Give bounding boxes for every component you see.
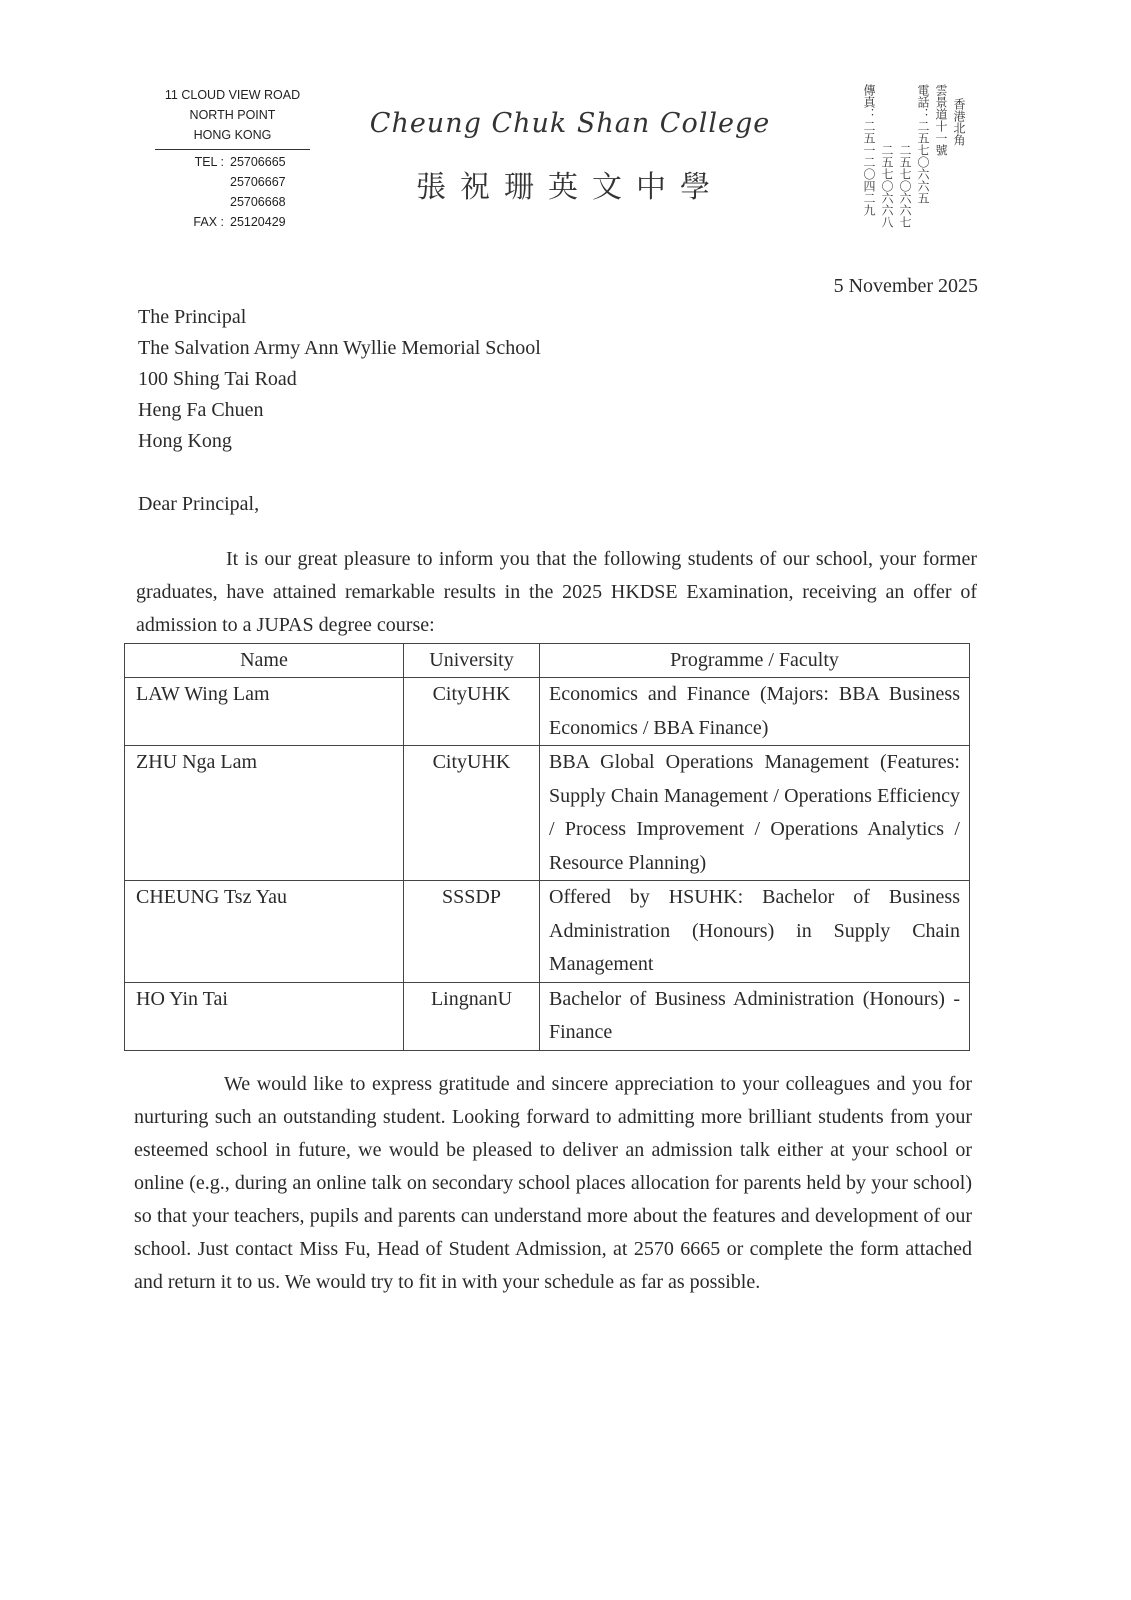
recipient-block: The Principal The Salvation Army Ann Wyl… xyxy=(138,302,541,457)
programme: BBA Global Operations Management (Featur… xyxy=(540,746,970,881)
tel-number: 25706665 xyxy=(230,152,286,172)
programme: Bachelor of Business Administration (Hon… xyxy=(540,982,970,1050)
salutation: Dear Principal, xyxy=(138,493,259,516)
address-divider xyxy=(155,149,310,150)
tel-number: 25706667 xyxy=(230,172,286,192)
zh-phone-col: 電話：二五七〇六六五 xyxy=(916,84,929,228)
school-name-chinese: 張祝珊英文中學 xyxy=(360,162,780,206)
zh-address-col: 香港北角 xyxy=(952,98,965,228)
letter-date: 5 November 2025 xyxy=(834,275,978,298)
tel-number: 25706668 xyxy=(230,192,286,212)
address-line: NORTH POINT xyxy=(155,105,310,125)
table-row: ZHU Nga Lam CityUHK BBA Global Operation… xyxy=(125,746,970,881)
recipient-line: Heng Fa Chuen xyxy=(138,395,541,426)
recipient-line: Hong Kong xyxy=(138,426,541,457)
recipient-line: The Salvation Army Ann Wyllie Memorial S… xyxy=(138,333,541,364)
table-row: HO Yin Tai LingnanU Bachelor of Business… xyxy=(125,982,970,1050)
university: SSSDP xyxy=(404,881,540,983)
fax-number: 25120429 xyxy=(230,212,286,232)
address-line: 11 CLOUD VIEW ROAD xyxy=(155,85,310,105)
recipient-line: 100 Shing Tai Road xyxy=(138,364,541,395)
student-name: ZHU Nga Lam xyxy=(125,746,404,881)
university: LingnanU xyxy=(404,982,540,1050)
letterhead-chinese-address: 香港北角 雲景道十一號 電話：二五七〇六六五 二五七〇六六七 二五七〇六六八 傳… xyxy=(862,84,965,228)
table-row: CHEUNG Tsz Yau SSSDP Offered by HSUHK: B… xyxy=(125,881,970,983)
zh-fax-col: 傳真：二五一二〇四二九 xyxy=(862,84,875,228)
column-header: Name xyxy=(125,644,404,678)
zh-phone-col: 二五七〇六六七 xyxy=(898,144,911,228)
column-header: University xyxy=(404,644,540,678)
table-row: LAW Wing Lam CityUHK Economics and Finan… xyxy=(125,678,970,746)
programme: Offered by HSUHK: Bachelor of Business A… xyxy=(540,881,970,983)
school-name-english: Cheung Chuk Shan College xyxy=(360,108,780,139)
student-name: LAW Wing Lam xyxy=(125,678,404,746)
zh-address-col: 雲景道十一號 xyxy=(934,84,947,228)
student-name: HO Yin Tai xyxy=(125,982,404,1050)
results-table: Name University Programme / Faculty LAW … xyxy=(124,643,970,1051)
table-header-row: Name University Programme / Faculty xyxy=(125,644,970,678)
zh-phone-col: 二五七〇六六八 xyxy=(880,144,893,228)
programme: Economics and Finance (Majors: BBA Busin… xyxy=(540,678,970,746)
address-line: HONG KONG xyxy=(155,125,310,145)
fax-label: FAX : xyxy=(178,212,230,232)
recipient-line: The Principal xyxy=(138,302,541,333)
tel-label: TEL : xyxy=(178,152,230,172)
column-header: Programme / Faculty xyxy=(540,644,970,678)
intro-paragraph: It is our great pleasure to inform you t… xyxy=(136,543,977,642)
student-name: CHEUNG Tsz Yau xyxy=(125,881,404,983)
closing-paragraph: We would like to express gratitude and s… xyxy=(134,1068,972,1299)
letterhead-contacts: TEL :25706665 25706667 25706668 FAX :251… xyxy=(178,152,286,232)
letterhead-address: 11 CLOUD VIEW ROAD NORTH POINT HONG KONG xyxy=(155,85,310,153)
university: CityUHK xyxy=(404,678,540,746)
university: CityUHK xyxy=(404,746,540,881)
